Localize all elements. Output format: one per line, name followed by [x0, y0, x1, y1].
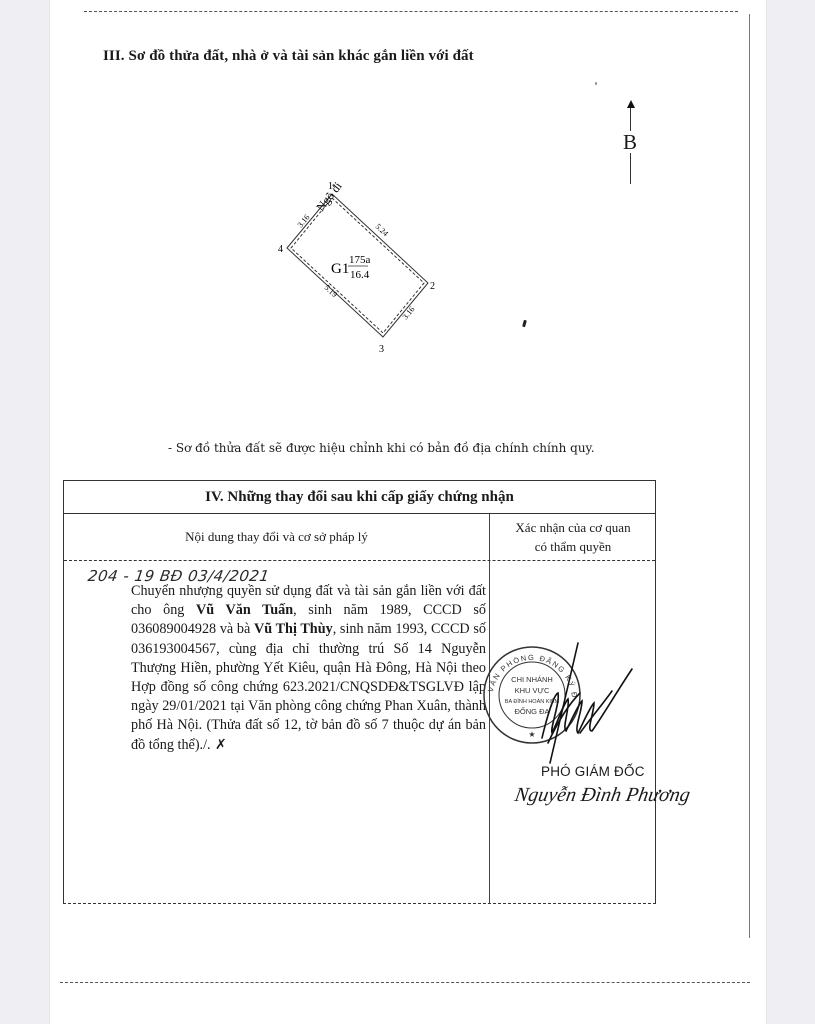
column-header-content: Nội dung thay đổi và cơ sở pháp lý — [64, 514, 489, 559]
column-header-confirmation-line2: có thẩm quyền — [491, 537, 655, 556]
transferee-name-1: Vũ Văn Tuấn — [196, 602, 293, 618]
entry-text-part: , sinh năm 1993, CCCD số 036193004567, c… — [131, 621, 486, 752]
parcel-number: 175a — [349, 254, 371, 266]
vertex-4: 4 — [278, 244, 283, 255]
handwritten-signature — [520, 633, 650, 773]
edge-length-4-1: 3.16 — [296, 213, 312, 230]
header-rule — [64, 560, 655, 561]
vertex-3: 3 — [379, 344, 384, 355]
end-mark: ✗ — [211, 737, 227, 753]
vertex-2: 2 — [430, 281, 435, 292]
parcel-diagram: Ngõ đi 1 2 3 4 5.24 3.16 5.19 3.16 G1 17… — [250, 165, 490, 365]
north-label: B — [622, 131, 638, 153]
signer-title: PHÓ GIÁM ĐỐC — [541, 764, 645, 779]
table-bottom-rule — [63, 903, 656, 904]
north-arrow: B — [620, 100, 650, 184]
stray-mark — [522, 320, 527, 328]
section-3-title: III. Sơ đồ thửa đất, nhà ở và tài sản kh… — [103, 48, 474, 65]
change-entry-text: Chuyển nhượng quyền sử dụng đất và tài s… — [131, 582, 486, 755]
parcel-code: G1 — [331, 261, 349, 277]
edge-length-2-3: 3.16 — [401, 305, 417, 322]
frame-bottom-border — [60, 982, 750, 983]
stray-mark — [595, 82, 597, 85]
section-4-title: IV. Những thay đổi sau khi cấp giấy chứn… — [64, 481, 655, 514]
plot-note: - Sơ đồ thửa đất sẽ được hiệu chỉnh khi … — [168, 441, 595, 455]
frame-right-border — [749, 14, 750, 938]
frame-top-border — [84, 11, 738, 12]
vertex-1: 1 — [328, 181, 333, 192]
document-page: III. Sơ đồ thửa đất, nhà ở và tài sản kh… — [50, 0, 766, 1024]
column-header-confirmation-line1: Xác nhận của cơ quan — [491, 518, 655, 537]
edge-length-3-4: 5.19 — [323, 283, 339, 299]
arrow-up-icon — [627, 100, 635, 108]
edge-length-1-2: 5.24 — [374, 222, 390, 238]
transferee-name-2: Vũ Thị Thùy — [254, 621, 333, 637]
signer-name: Nguyễn Đình Phương — [513, 784, 692, 807]
column-header-confirmation: Xác nhận của cơ quan có thẩm quyền — [491, 514, 655, 559]
parcel-area: 16.4 — [350, 269, 370, 281]
